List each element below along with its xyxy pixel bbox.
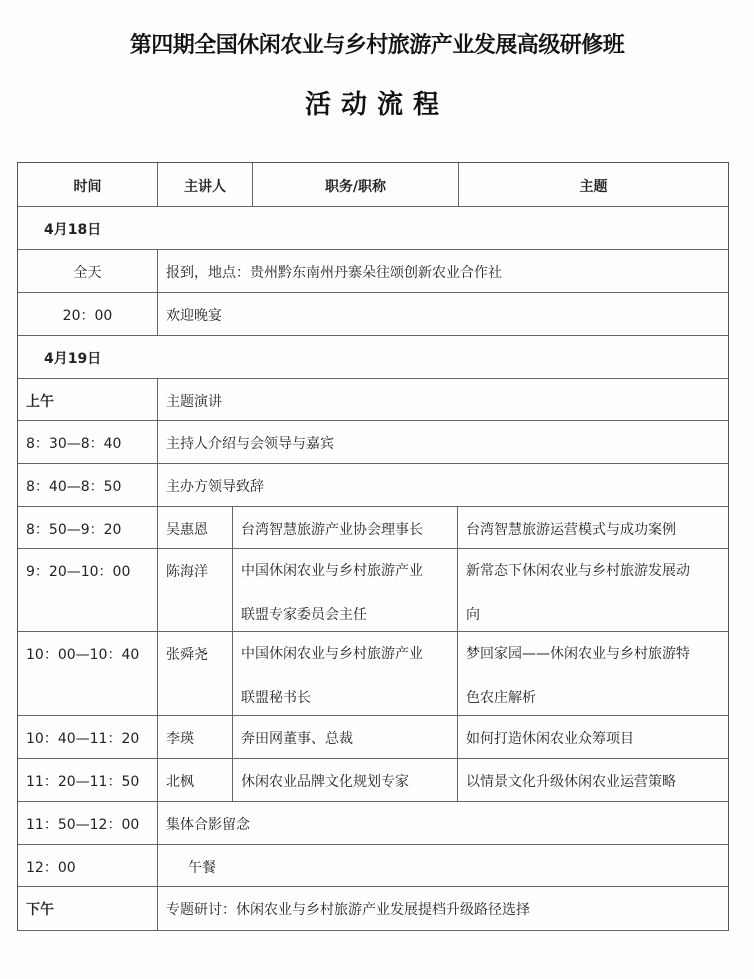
time-cell: 9：20—10：00: [18, 549, 158, 631]
topic-line: 色农庄解析: [466, 676, 690, 720]
speaker-cell: 吴惠恩: [158, 507, 233, 548]
date-row: 4月18日: [18, 207, 728, 250]
table-row: 11：50—12：00 集体合影留念: [18, 802, 728, 845]
time-cell: 8：40—8：50: [18, 464, 158, 506]
period-label: 上午: [18, 379, 158, 420]
session-row: 10：40—11：20 李瑛 奔田网董事、总裁 如何打造休闲农业众筹项目: [18, 716, 728, 759]
header-role: 职务/职称: [253, 163, 459, 206]
topic-line: 梦回家园——休闲农业与乡村旅游特: [466, 632, 690, 676]
speaker-cell: 李瑛: [158, 716, 233, 758]
topic-cell: 如何打造休闲农业众筹项目: [458, 716, 728, 758]
schedule-table: 时间 主讲人 职务/职称 主题 4月18日 全天 报到，地点：贵州黔东南州丹寨朵…: [17, 162, 729, 931]
time-cell: 20：00: [18, 293, 158, 335]
table-row: 8：40—8：50 主办方领导致辞: [18, 464, 728, 507]
session-row: 10：00—10：40 张舜尧 中国休闲农业与乡村旅游产业联盟秘书长 梦回家园—…: [18, 632, 728, 716]
content-cell: 主题演讲: [158, 379, 728, 420]
time-cell: 11：50—12：00: [18, 802, 158, 844]
time-cell: 8：50—9：20: [18, 507, 158, 548]
content-cell: 报到，地点：贵州黔东南州丹寨朵往颂创新农业合作社: [158, 250, 728, 292]
role-line: 联盟专家委员会主任: [241, 593, 423, 637]
content-cell: 午餐: [158, 845, 728, 886]
role-line: 中国休闲农业与乡村旅游产业: [241, 632, 423, 676]
date-row: 4月19日: [18, 336, 728, 379]
role-cell: 台湾智慧旅游产业协会理事长: [233, 507, 458, 548]
time-cell: 8：30—8：40: [18, 421, 158, 463]
speaker-cell: 张舜尧: [158, 632, 233, 715]
time-cell: 10：40—11：20: [18, 716, 158, 758]
topic-cell: 新常态下休闲农业与乡村旅游发展动向: [458, 549, 728, 631]
content-cell: 主办方领导致辞: [158, 464, 728, 506]
speaker-cell: 北枫: [158, 759, 233, 801]
table-row: 8：30—8：40 主持人介绍与会领导与嘉宾: [18, 421, 728, 464]
role-line: 中国休闲农业与乡村旅游产业: [241, 549, 423, 593]
document-title: 第四期全国休闲农业与乡村旅游产业发展高级研修班: [0, 28, 754, 59]
time-cell: 全天: [18, 250, 158, 292]
date-label: 4月19日: [18, 336, 728, 378]
speaker-cell: 陈海洋: [158, 549, 233, 631]
session-row: 8：50—9：20 吴惠恩 台湾智慧旅游产业协会理事长 台湾智慧旅游运营模式与成…: [18, 507, 728, 549]
table-row: 20：00 欢迎晚宴: [18, 293, 728, 336]
role-cell: 休闲农业品牌文化规划专家: [233, 759, 458, 801]
content-cell: 集体合影留念: [158, 802, 728, 844]
role-cell: 中国休闲农业与乡村旅游产业联盟专家委员会主任: [233, 549, 458, 631]
role-cell: 奔田网董事、总裁: [233, 716, 458, 758]
time-cell: 10：00—10：40: [18, 632, 158, 715]
table-row: 全天 报到，地点：贵州黔东南州丹寨朵往颂创新农业合作社: [18, 250, 728, 293]
document-subtitle: 活动流程: [0, 84, 754, 121]
session-row: 11：20—11：50 北枫 休闲农业品牌文化规划专家 以情景文化升级休闲农业运…: [18, 759, 728, 802]
topic-cell: 梦回家园——休闲农业与乡村旅游特色农庄解析: [458, 632, 728, 715]
content-cell: 主持人介绍与会领导与嘉宾: [158, 421, 728, 463]
session-row: 9：20—10：00 陈海洋 中国休闲农业与乡村旅游产业联盟专家委员会主任 新常…: [18, 549, 728, 632]
topic-cell: 台湾智慧旅游运营模式与成功案例: [458, 507, 728, 548]
table-row: 上午 主题演讲: [18, 379, 728, 421]
date-label: 4月18日: [18, 207, 728, 249]
topic-cell: 以情景文化升级休闲农业运营策略: [458, 759, 728, 801]
period-label: 下午: [18, 887, 158, 930]
header-time: 时间: [18, 163, 158, 206]
time-cell: 12：00: [18, 845, 158, 886]
header-speaker: 主讲人: [158, 163, 253, 206]
role-line: 联盟秘书长: [241, 676, 423, 720]
content-cell: 欢迎晚宴: [158, 293, 728, 335]
topic-line: 向: [466, 593, 690, 637]
table-row: 下午 专题研讨：休闲农业与乡村旅游产业发展提档升级路径选择: [18, 887, 728, 931]
header-topic: 主题: [459, 163, 728, 206]
table-header-row: 时间 主讲人 职务/职称 主题: [18, 163, 728, 207]
table-row: 12：00 午餐: [18, 845, 728, 887]
topic-line: 新常态下休闲农业与乡村旅游发展动: [466, 549, 690, 593]
content-cell: 专题研讨：休闲农业与乡村旅游产业发展提档升级路径选择: [158, 887, 728, 930]
time-cell: 11：20—11：50: [18, 759, 158, 801]
role-cell: 中国休闲农业与乡村旅游产业联盟秘书长: [233, 632, 458, 715]
